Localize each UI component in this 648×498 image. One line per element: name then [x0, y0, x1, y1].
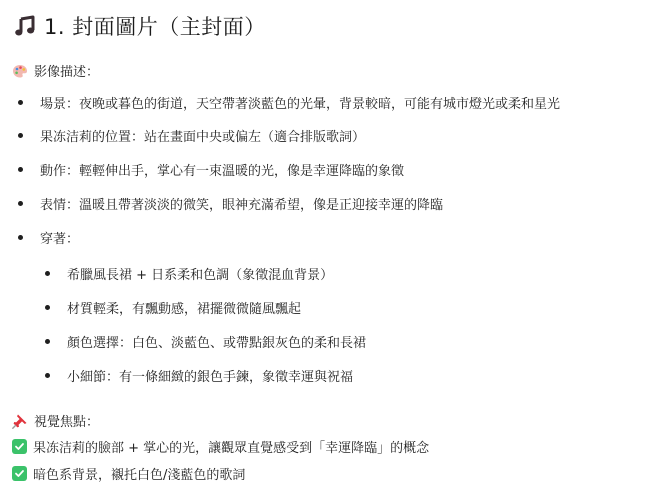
pushpin-icon: [12, 413, 28, 429]
nested-list-item: 小細節：有一條細緻的銀色手鍊，象徵幸運與祝福: [45, 365, 353, 385]
list-item-text: 顏色選擇：白色、淡藍色、或帶點銀灰色的柔和長裙: [67, 332, 366, 351]
nested-list-item: 材質輕柔，有飄動感，裙擺微微隨風飄起: [45, 297, 301, 317]
image-description-heading: 影像描述：: [12, 61, 99, 80]
list-item: 穿著：: [18, 227, 79, 247]
bullet: [45, 271, 50, 276]
bullet: [18, 133, 23, 138]
nested-list-item: 希臘風長裙 + 日系柔和色調（象徵混血背景）: [45, 263, 333, 283]
list-item: 果冻洁莉的位置：站在畫面中央或偏左（適合排版歌詞）: [18, 125, 365, 145]
bullet: [18, 201, 23, 206]
visual-focus-heading: 視覺焦點：: [12, 411, 99, 430]
list-item: 動作：輕輕伸出手，掌心有一束溫暖的光，像是幸運降臨的象徵: [18, 159, 404, 179]
list-item-text: 場景：夜晚或暮色的街道，天空帶著淡藍色的光暈，背景較暗，可能有城市燈光或柔和星光: [40, 93, 560, 112]
check-mark-button-icon: [12, 466, 27, 481]
bullet: [45, 305, 50, 310]
list-item-text: 材質輕柔，有飄動感，裙擺微微隨風飄起: [67, 298, 301, 317]
bullet: [45, 339, 50, 344]
check-mark-button-icon: [12, 439, 27, 454]
list-item-text: 穿著：: [40, 228, 79, 247]
list-item-text: 果冻洁莉的位置：站在畫面中央或偏左（適合排版歌詞）: [40, 126, 365, 145]
section-title-text: 1. 封面圖片（主封面）: [44, 11, 266, 41]
bullet: [18, 167, 23, 172]
music-note-icon: [14, 15, 36, 37]
list-item-text: 小細節：有一條細緻的銀色手鍊，象徵幸運與祝福: [67, 366, 353, 385]
list-item: 表情：溫暖且帶著淡淡的微笑，眼神充滿希望，像是正迎接幸運的降臨: [18, 193, 443, 213]
check-item-text: 暗色系背景，襯托白色/淺藍色的歌詞: [33, 464, 245, 483]
list-item-text: 表情：溫暖且帶著淡淡的微笑，眼神充滿希望，像是正迎接幸運的降臨: [40, 194, 443, 213]
list-item-text: 動作：輕輕伸出手，掌心有一束溫暖的光，像是幸運降臨的象徵: [40, 160, 404, 179]
bullet: [45, 373, 50, 378]
document-page: 1. 封面圖片（主封面） 影像描述： 場景：夜晚或暮色的街道，天空帶著淡藍色的光…: [0, 0, 648, 498]
list-item-text: 希臘風長裙 + 日系柔和色調（象徵混血背景）: [67, 264, 333, 283]
image-description-label: 影像描述：: [34, 61, 99, 80]
visual-focus-label: 視覺焦點：: [34, 411, 99, 430]
check-list-item: 果冻洁莉的臉部 + 掌心的光，讓觀眾直覺感受到「幸運降臨」的概念: [12, 436, 429, 456]
bullet: [18, 100, 23, 105]
list-item: 場景：夜晚或暮色的街道，天空帶著淡藍色的光暈，背景較暗，可能有城市燈光或柔和星光: [18, 92, 560, 112]
section-title: 1. 封面圖片（主封面）: [14, 10, 266, 42]
palette-icon: [12, 63, 28, 79]
bullet: [18, 235, 23, 240]
nested-list-item: 顏色選擇：白色、淡藍色、或帶點銀灰色的柔和長裙: [45, 331, 366, 351]
check-item-text: 果冻洁莉的臉部 + 掌心的光，讓觀眾直覺感受到「幸運降臨」的概念: [33, 437, 429, 456]
check-list-item: 暗色系背景，襯托白色/淺藍色的歌詞: [12, 463, 245, 483]
